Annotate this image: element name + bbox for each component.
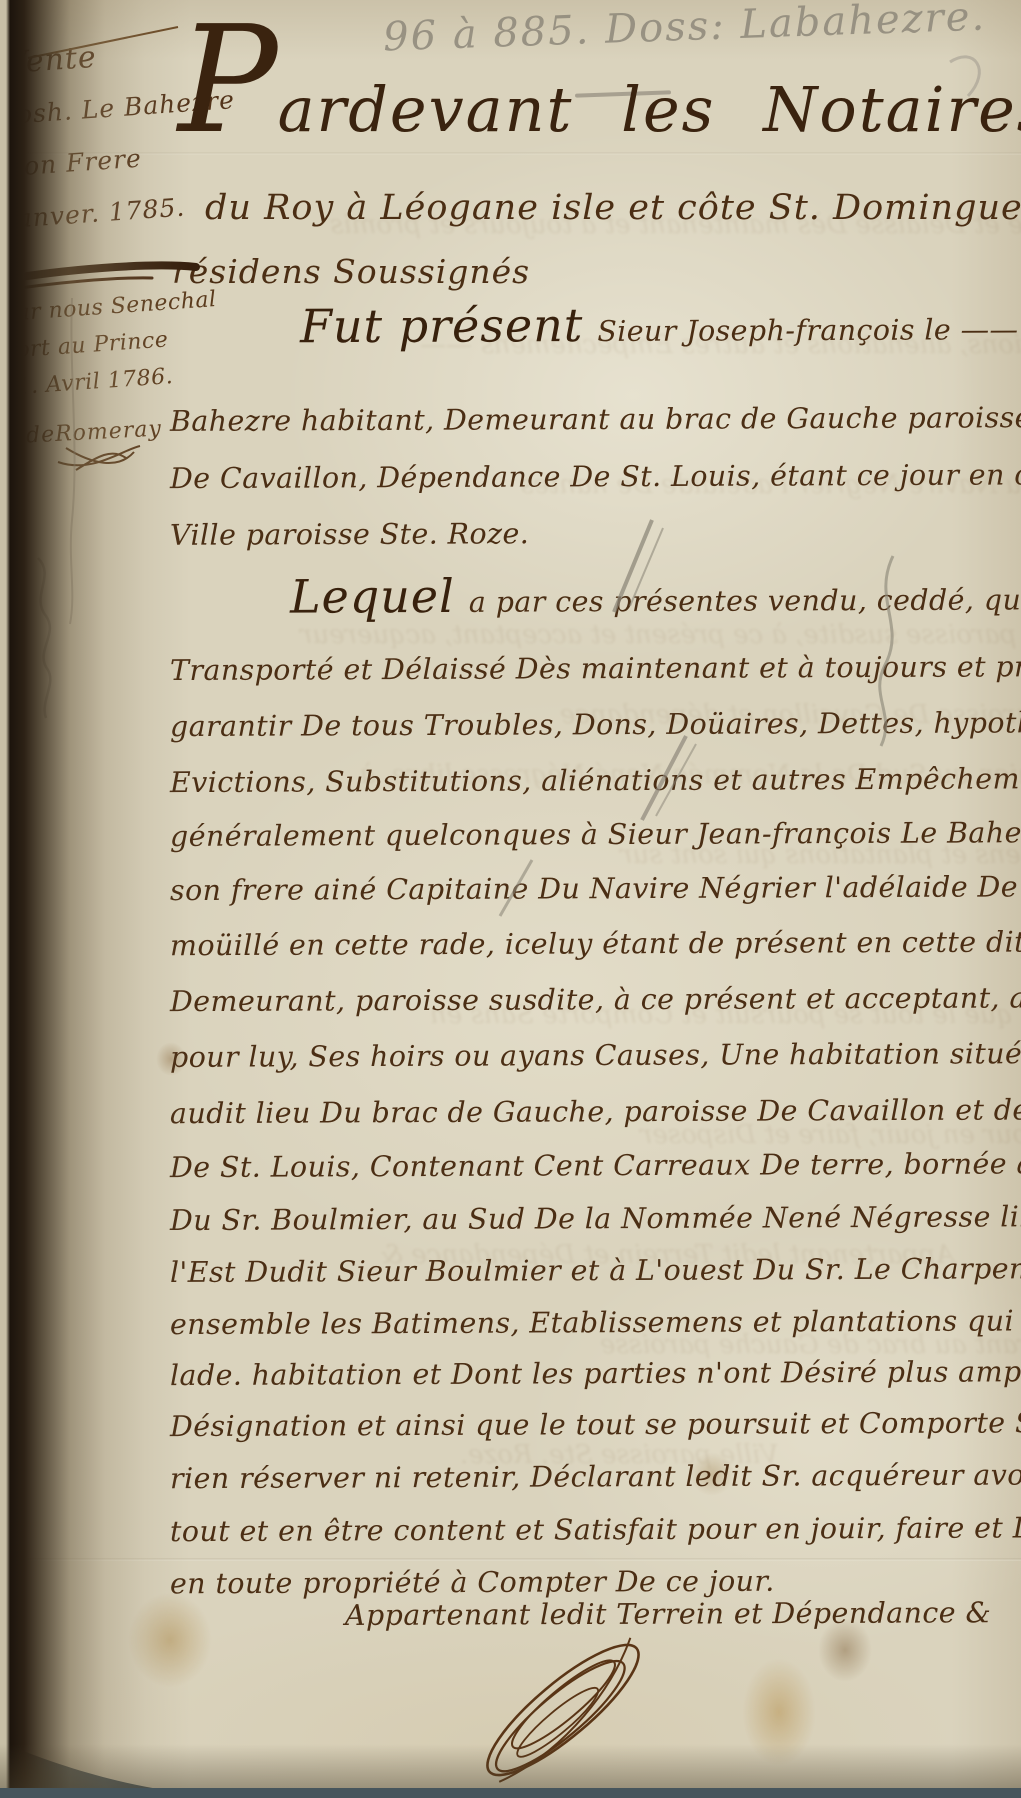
margin-note-line: Janver. 1785. [4,182,187,246]
body-text-line: moüillé en cette rade, iceluy étant de p… [170,925,1021,963]
pencil-scribble [38,558,50,718]
body-text-line: Evictions, Substitutions, aliénations et… [170,762,1021,799]
body-text-line: ensemble les Batimens, Etablissemens et … [170,1304,1021,1341]
body-text-line: Demeurant, paroisse susdite, à ce présen… [170,981,1021,1018]
ink-divider [2,265,196,280]
body-text-line: Bahezre habitant, Demeurant au brac de G… [170,401,1021,438]
body-text-line: Ville paroisse Ste. Roze. [170,517,529,552]
title-pardevant-les-notaires: Pardevant les Notaires [178,40,1018,146]
body-text-line: garantir De tous Troubles, Dons, Doüaire… [170,706,1021,743]
body-text-line: audit lieu Du brac de Gauche, paroisse D… [170,1093,1021,1130]
body-text-line: Fut présentSieur Joseph-françois le —— [170,296,1019,354]
body-text-line: Appartenant ledit Terrein et Dépendance … [170,1596,991,1633]
body-text-line: De St. Louis, Contenant Cent Carreaux De… [170,1147,1021,1184]
registrar-signature: deRomeray [25,416,162,448]
scan-background-strip [0,1788,1021,1798]
margin-sale-note: VenteJosh. Le BahezreSon FrereJanver. 17… [6,38,186,246]
body-text-line: Transporté et Délaissé Dès maintenant et… [170,650,1021,687]
body-text-line: Désignation et ainsi que le tout se pour… [170,1406,1021,1443]
body-text-line: Lequela par ces présentes vendu, ceddé, … [170,566,1021,624]
body-text-line: rien réserver ni retenir, Déclarant ledi… [170,1458,1021,1495]
body-text-line: en toute propriété à Compter De ce jour. [170,1565,775,1601]
body-text-line: son frere ainé Capitaine Du Navire Négri… [170,870,1021,907]
body-text-line: Du Sr. Boulmier, au Sud De la Nommée Nen… [170,1200,1021,1237]
body-text-line: généralement quelconques à Sieur Jean-fr… [170,816,1021,853]
body-line-lead-word: Fut présent [300,298,583,353]
manuscript-page: 96 à 885. Doss: Labahezre. VenteJosh. Le… [0,0,1021,1798]
signature-paraph [472,1626,655,1792]
page-bottom-edge-shadow [0,1744,1021,1790]
margin-registration-note: par nous SenechalPort au Prince11. Avril… [2,296,192,407]
title-subline-2: résidens Soussignés [172,252,530,291]
body-text-line: pour luy, Ses hoirs ou ayans Causes, Une… [170,1037,1021,1074]
body-text-line: l'Est Dudit Sieur Boulmier et à L'ouest … [170,1252,1021,1289]
stain [742,1658,816,1766]
body-text-line: tout et en être content et Satisfait pou… [170,1511,1021,1548]
body-text-line: lade. habitation et Dont les parties n'o… [170,1355,1021,1392]
paper-crease [0,1558,1021,1561]
binding-gutter [0,0,190,1798]
body-text-line: De Cavaillon, Dépendance De St. Louis, é… [170,458,1021,495]
registrar-flourish [58,446,140,470]
body-line-lead-word: Lequel [290,569,455,624]
title-subline-1: du Roy à Léogane isle et côte St. Doming… [205,188,1021,228]
bleed-through-line: Demeurant, paroisse susdite, à ce présen… [300,620,1021,650]
